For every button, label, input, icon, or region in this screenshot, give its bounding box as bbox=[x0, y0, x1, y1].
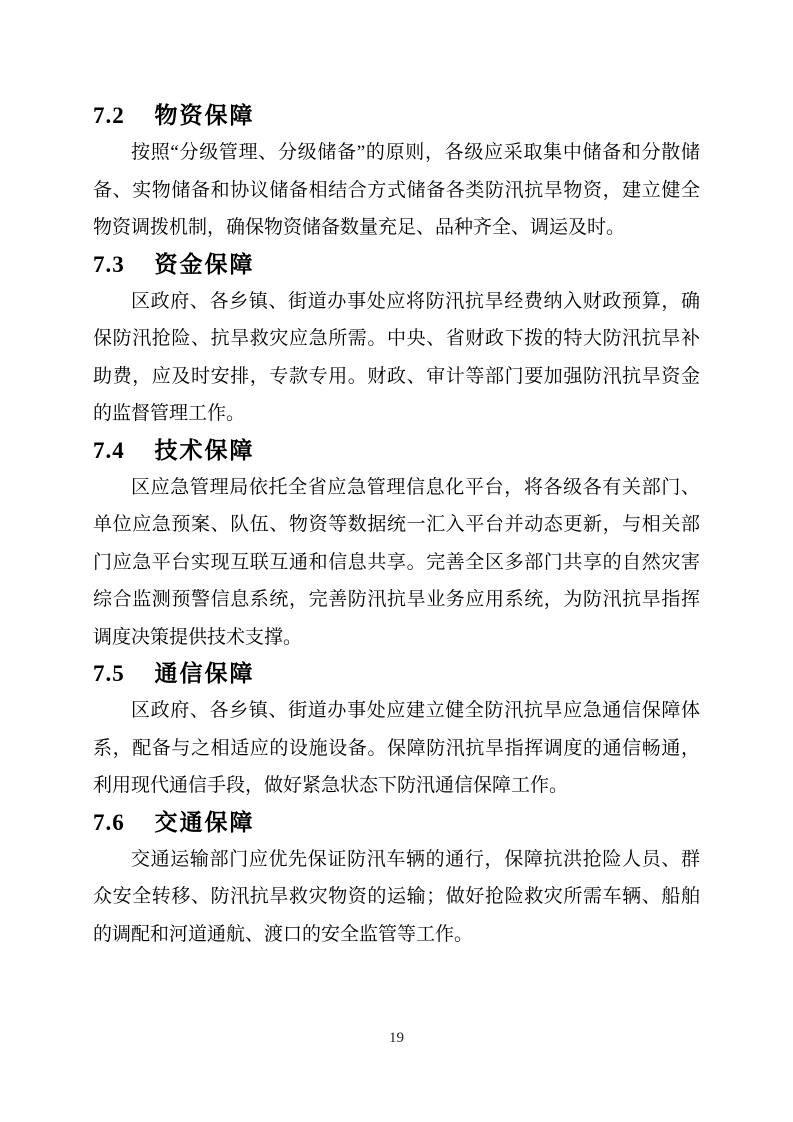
page-number: 19 bbox=[0, 1030, 793, 1047]
section-paragraph: 区政府、各乡镇、街道办事处应将防汛抗旱经费纳入财政预算，确保防汛抢险、抗旱救灾应… bbox=[93, 283, 700, 433]
section-title: 交通保障 bbox=[155, 805, 255, 841]
section-funding-support: 7.3 资金保障 区政府、各乡镇、街道办事处应将防汛抗旱经费纳入财政预算，确保防… bbox=[93, 247, 700, 433]
section-heading: 7.6 交通保障 bbox=[93, 805, 700, 841]
section-transport-support: 7.6 交通保障 交通运输部门应优先保证防汛车辆的通行，保障抗洪抢险人员、群众安… bbox=[93, 805, 700, 954]
section-communication-support: 7.5 通信保障 区政府、各乡镇、街道办事处应建立健全防汛抗旱应急通信保障体系，… bbox=[93, 656, 700, 805]
section-title: 物资保障 bbox=[155, 98, 255, 134]
section-heading: 7.3 资金保障 bbox=[93, 247, 700, 283]
section-heading: 7.2 物资保障 bbox=[93, 98, 700, 134]
section-paragraph: 交通运输部门应优先保证防汛车辆的通行，保障抗洪抢险人员、群众安全转移、防汛抗旱救… bbox=[93, 841, 700, 954]
section-heading: 7.4 技术保障 bbox=[93, 433, 700, 469]
section-title: 技术保障 bbox=[155, 433, 255, 469]
section-number: 7.6 bbox=[93, 805, 125, 841]
section-paragraph: 区应急管理局依托全省应急管理信息化平台，将各级各有关部门、单位应急预案、队伍、物… bbox=[93, 469, 700, 657]
document-page: 7.2 物资保障 按照“分级管理、分级储备”的原则，各级应采取集中储备和分散储备… bbox=[0, 0, 793, 1122]
section-paragraph: 按照“分级管理、分级储备”的原则，各级应采取集中储备和分散储备、实物储备和协议储… bbox=[93, 134, 700, 247]
section-title: 资金保障 bbox=[155, 247, 255, 283]
section-number: 7.5 bbox=[93, 656, 125, 692]
section-number: 7.4 bbox=[93, 433, 125, 469]
section-material-support: 7.2 物资保障 按照“分级管理、分级储备”的原则，各级应采取集中储备和分散储备… bbox=[93, 98, 700, 247]
section-number: 7.2 bbox=[93, 98, 125, 134]
section-number: 7.3 bbox=[93, 247, 125, 283]
section-heading: 7.5 通信保障 bbox=[93, 656, 700, 692]
section-technical-support: 7.4 技术保障 区应急管理局依托全省应急管理信息化平台，将各级各有关部门、单位… bbox=[93, 433, 700, 657]
section-title: 通信保障 bbox=[155, 656, 255, 692]
section-paragraph: 区政府、各乡镇、街道办事处应建立健全防汛抗旱应急通信保障体系，配备与之相适应的设… bbox=[93, 692, 700, 805]
